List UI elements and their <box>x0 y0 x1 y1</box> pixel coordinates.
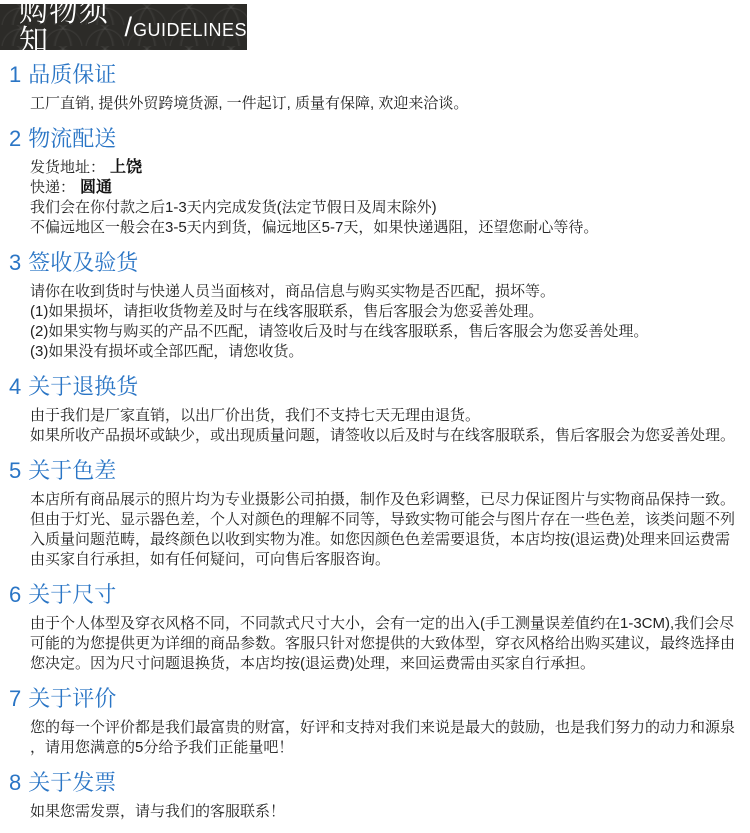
body-line: 入质量问题范畴，最终颜色以收到实物为准。如您因颜色色差需要退货，本店均按(退运费… <box>0 530 750 550</box>
section-title-text: 关于退换货 <box>28 374 138 399</box>
guidelines-content: 1品质保证 工厂直销, 提供外贸跨境货源, 一件起订, 质量有保障, 欢迎来洽谈… <box>0 62 750 822</box>
section-body: 您的每一个评价都是我们最富贵的财富，好评和支持对我们来说是最大的鼓励，也是我们努… <box>0 718 750 758</box>
body-line: 可能的为您提供更为详细的商品参数。客服只针对您提供的大致体型，穿衣风格给出购买建… <box>0 634 750 654</box>
section-body: 如果您需发票，请与我们的客服联系！ <box>0 802 750 822</box>
section-number: 2 <box>9 126 21 151</box>
body-line-shipping-address: 发货地址：上饶 <box>0 158 750 178</box>
section-title-text: 物流配送 <box>28 126 116 151</box>
section-title-text: 关于尺寸 <box>28 582 116 607</box>
body-line: 但由于灯光、显示器色差，个人对颜色的理解不同等，导致实物可能会与图片存在一些色差… <box>0 510 750 530</box>
section-inspection: 3签收及验货 请你在收到货时与快递人员当面核对，商品信息与购买实物是否匹配，损坏… <box>0 250 750 362</box>
section-invoice: 8关于发票 如果您需发票，请与我们的客服联系！ <box>0 770 750 822</box>
kv-label: 快递： <box>30 179 75 196</box>
section-body: 本店所有商品展示的照片均为专业摄影公司拍摄，制作及色彩调整，已尽力保证图片与实物… <box>0 490 750 570</box>
section-sizing: 6关于尺寸 由于个人体型及穿衣风格不同，不同款式尺寸大小，会有一定的出入(手工测… <box>0 582 750 674</box>
section-number: 6 <box>9 582 21 607</box>
section-returns: 4关于退换货 由于我们是厂家直销，以出厂价出货，我们不支持七天无理由退货。 如果… <box>0 374 750 446</box>
section-title-text: 品质保证 <box>28 62 116 87</box>
section-reviews: 7关于评价 您的每一个评价都是我们最富贵的财富，好评和支持对我们来说是最大的鼓励… <box>0 686 750 758</box>
body-line: (3)如果没有损坏或全部匹配，请您收货。 <box>0 342 750 362</box>
section-quality-guarantee: 1品质保证 工厂直销, 提供外贸跨境货源, 一件起订, 质量有保障, 欢迎来洽谈… <box>0 62 750 114</box>
section-number: 8 <box>9 770 21 795</box>
body-line: 工厂直销, 提供外贸跨境货源, 一件起订, 质量有保障, 欢迎来洽谈。 <box>0 94 750 114</box>
section-number: 3 <box>9 250 21 275</box>
kv-value: 上饶 <box>110 159 142 176</box>
section-body: 发货地址：上饶 快递：圆通 我们会在你付款之后1-3天内完成发货(法定节假日及周… <box>0 158 750 238</box>
section-heading: 8关于发票 <box>0 770 750 795</box>
section-heading: 4关于退换货 <box>0 374 750 399</box>
section-heading: 6关于尺寸 <box>0 582 750 607</box>
body-line: ，请用您满意的5分给予我们正能量吧！ <box>0 738 750 758</box>
banner-title-en: GUIDELINES <box>133 21 247 39</box>
kv-label: 发货地址： <box>30 159 105 176</box>
section-heading: 1品质保证 <box>0 62 750 87</box>
section-title-text: 签收及验货 <box>28 250 138 275</box>
body-line: 请你在收到货时与快递人员当面核对，商品信息与购买实物是否匹配，损坏等。 <box>0 282 750 302</box>
body-line: 由于个人体型及穿衣风格不同，不同款式尺寸大小，会有一定的出入(手工测量误差值约在… <box>0 614 750 634</box>
section-title-text: 关于发票 <box>28 770 116 795</box>
body-line: 如果所收产品损坏或缺少，或出现质量问题，请签收以后及时与在线客服联系，售后客服会… <box>0 426 750 446</box>
banner-separator: / <box>124 14 132 41</box>
body-line: 由于我们是厂家直销，以出厂价出货，我们不支持七天无理由退货。 <box>0 406 750 426</box>
section-number: 4 <box>9 374 21 399</box>
kv-value: 圆通 <box>80 179 112 196</box>
section-body: 由于我们是厂家直销，以出厂价出货，我们不支持七天无理由退货。 如果所收产品损坏或… <box>0 406 750 446</box>
section-title-text: 关于色差 <box>28 458 116 483</box>
body-line: 如果您需发票，请与我们的客服联系！ <box>0 802 750 822</box>
body-line: 不偏远地区一般会在3-5天内到货，偏远地区5-7天，如果快递遇阻，还望您耐心等待… <box>0 218 750 238</box>
section-number: 7 <box>9 686 21 711</box>
body-line: 您决定。因为尺寸问题退换货，本店均按(退运费)处理，来回运费需由买家自行承担。 <box>0 654 750 674</box>
section-heading: 5关于色差 <box>0 458 750 483</box>
body-line: 我们会在你付款之后1-3天内完成发货(法定节假日及周末除外) <box>0 198 750 218</box>
section-body: 由于个人体型及穿衣风格不同，不同款式尺寸大小，会有一定的出入(手工测量误差值约在… <box>0 614 750 674</box>
section-heading: 3签收及验货 <box>0 250 750 275</box>
body-line: 您的每一个评价都是我们最富贵的财富，好评和支持对我们来说是最大的鼓励，也是我们努… <box>0 718 750 738</box>
section-title-text: 关于评价 <box>28 686 116 711</box>
section-number: 1 <box>9 62 21 87</box>
body-line: (1)如果损坏，请拒收货物差及时与在线客服联系，售后客服会为您妥善处理。 <box>0 302 750 322</box>
body-line: 本店所有商品展示的照片均为专业摄影公司拍摄，制作及色彩调整，已尽力保证图片与实物… <box>0 490 750 510</box>
body-line: 由买家自行承担，如有任何疑问，可向售后客服咨询。 <box>0 550 750 570</box>
banner-title-cn: 购物须知 <box>19 0 122 56</box>
section-heading: 2物流配送 <box>0 126 750 151</box>
section-number: 5 <box>9 458 21 483</box>
section-logistics: 2物流配送 发货地址：上饶 快递：圆通 我们会在你付款之后1-3天内完成发货(法… <box>0 126 750 238</box>
body-line-courier: 快递：圆通 <box>0 178 750 198</box>
guidelines-banner: 购物须知 / GUIDELINES <box>0 4 247 50</box>
section-heading: 7关于评价 <box>0 686 750 711</box>
section-color-difference: 5关于色差 本店所有商品展示的照片均为专业摄影公司拍摄，制作及色彩调整，已尽力保… <box>0 458 750 570</box>
body-line: (2)如果实物与购买的产品不匹配，请签收后及时与在线客服联系，售后客服会为您妥善… <box>0 322 750 342</box>
section-body: 请你在收到货时与快递人员当面核对，商品信息与购买实物是否匹配，损坏等。 (1)如… <box>0 282 750 362</box>
section-body: 工厂直销, 提供外贸跨境货源, 一件起订, 质量有保障, 欢迎来洽谈。 <box>0 94 750 114</box>
